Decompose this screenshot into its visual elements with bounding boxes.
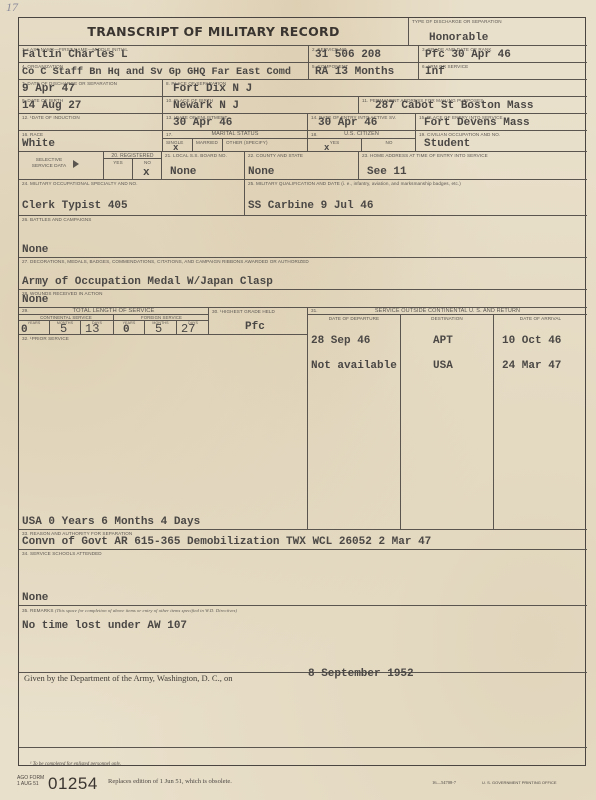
separation-reason-field: 33. REASON AND AUTHORITY FOR SEPARATION … — [19, 530, 587, 550]
ss-board-field: 21. LOCAL S.S. BOARD NO. None — [162, 152, 245, 180]
arrival-column: DATE OF ARRIVAL 10 Oct 46 24 Mar 47 — [494, 315, 587, 530]
arrow-right-icon — [73, 160, 79, 168]
citizen-yes-box: YES x — [308, 139, 362, 152]
printer-name: U. S. GOVERNMENT PRINTING OFFICE — [482, 780, 557, 785]
service-no-field: 2. SERVICE NO. 31 506 208 — [309, 46, 419, 63]
form-label: AGO FORM 1 AUG 51 — [17, 776, 44, 787]
form-number: 01254 — [48, 774, 98, 794]
entry-place-field: 15. PLACE OF ENTRY INTO SERVICE Fort Dev… — [416, 114, 587, 131]
registered-yes-box: YES — [104, 159, 133, 180]
arm-service-field: 6. ARM OR SERVICE Inf — [419, 63, 587, 80]
corner-handwritten-mark: 17 — [6, 0, 18, 15]
component-value: RA 13 Months — [315, 66, 394, 78]
civilian-occupation-field: 19. CIVILIAN OCCUPATION AND NO. Student — [416, 131, 587, 152]
home-address-value: See 11 — [367, 166, 407, 178]
foreign-months: MONTHS 5 — [145, 321, 177, 335]
entry-active-value: 30 Apr 46 — [318, 117, 377, 129]
selective-service-label-cell: SELECTIVE SERVICE DATA — [19, 152, 104, 180]
destination-column: DESTINATION APT USA — [401, 315, 494, 530]
foreign-days: DAYS 27 — [177, 321, 209, 335]
entry-place-value: Fort Devens Mass — [424, 117, 530, 129]
grade-value: Pfc 30 Apr 46 — [425, 49, 511, 61]
birth-date-field: 9. DATE OF BIRTH 14 Aug 27 — [19, 97, 163, 114]
separation-place-field: 8. PLACE OF SEPARATION Fort Dix N J — [163, 80, 587, 97]
permanent-address-field: 11. PERMANENT ADDRESS FOR MAILING PURPOS… — [359, 97, 587, 114]
component-field: 5. COMPONENT RA 13 Months — [309, 63, 419, 80]
print-code: 16—54708-7 — [432, 780, 456, 785]
name-field: 1. LAST NAME—FIRST NAME—MIDDLE INITIAL F… — [19, 46, 309, 63]
discharge-type-value: Honorable — [429, 32, 488, 44]
foreign-years: YEARS 0 — [114, 321, 145, 335]
military-qualification-field: 25. MILITARY QUALIFICATION AND DATE (i. … — [245, 180, 587, 216]
continental-months: MONTHS 5 — [50, 321, 81, 335]
certification-area — [19, 673, 587, 748]
military-qualification-value: SS Carbine 9 Jul 46 — [248, 200, 373, 212]
race-field: 16. RACE White — [19, 131, 163, 152]
military-record-form: TRANSCRIPT OF MILITARY RECORD TYPE OF DI… — [18, 17, 586, 766]
arm-service-value: Inf — [425, 66, 445, 78]
marital-married-box: MARRIED — [193, 139, 223, 152]
grade-field: 3. GRADE AND DATE OF RANK Pfc 30 Apr 46 — [419, 46, 587, 63]
certification-text: Given by the Department of the Army, Was… — [24, 673, 232, 683]
citizen-no-box: NO — [362, 139, 416, 152]
discharge-type-field: TYPE OF DISCHARGE OR SEPARATION Honorabl… — [409, 18, 587, 46]
footnote: ¹ To be completed for enlisted personnel… — [30, 762, 121, 767]
separation-reason-value: Convn of Govt AR 615-365 Demobilization … — [22, 536, 431, 548]
birth-place-value: Newark N J — [173, 100, 239, 112]
departure-column: DATE OF DEPARTURE 28 Sep 46 Not availabl… — [308, 315, 401, 530]
marital-status-field: 17. MARITAL STATUS SINGLE x MARRIED OTHE… — [163, 131, 308, 152]
continental-years: YEARS 0 — [19, 321, 50, 335]
service-schools-field: 34. SERVICE SCHOOLS ATTENDED None — [19, 550, 587, 606]
remarks-value: No time lost under AW 107 — [22, 620, 187, 632]
decorations-value: Army of Occupation Medal W/Japan Clasp — [22, 276, 273, 288]
highest-grade-field: 30. ¹HIGHEST GRADE HELD Pfc — [209, 308, 308, 335]
entry-active-field: 14. DATE OF ENTRY INTO ACTIVE SV. 30 Apr… — [308, 114, 416, 131]
birth-date-value: 14 Aug 27 — [22, 100, 81, 112]
organization-field: 4. ORGANIZATION Co C Staff Bn Hq and Sv … — [19, 63, 309, 80]
prior-service-field: 32. ¹PRIOR SERVICE USA 0 Years 6 Months … — [19, 335, 308, 530]
birth-place-field: 10. PLACE OF BIRTH Newark N J — [163, 97, 359, 114]
race-value: White — [22, 138, 55, 150]
wounds-field: 28. WOUNDS RECEIVED IN ACTION None — [19, 290, 587, 308]
service-schools-value: None — [22, 592, 48, 604]
separation-place-value: Fort Dix N J — [173, 83, 252, 95]
citizen-field: 18. U.S. CITIZEN YES x NO — [308, 131, 416, 152]
county-state-value: None — [248, 166, 274, 178]
county-state-field: 22. COUNTY AND STATE None — [245, 152, 359, 180]
remarks-field: 35. REMARKS (This space for completion o… — [19, 606, 587, 673]
enlistment-date-field: 13. ¹DATE OF ENLISTMENT 30 Apr 46 — [163, 114, 308, 131]
organization-value: Co C Staff Bn Hq and Sv Gp GHQ Far East … — [22, 67, 291, 78]
certification-date: 8 September 1952 — [308, 668, 414, 680]
service-no-value: 31 506 208 — [315, 49, 381, 61]
mos-value: Clerk Typist 405 — [22, 200, 128, 212]
wounds-value: None — [22, 294, 48, 306]
marital-other-box: OTHER (specify) — [223, 139, 308, 152]
total-length-service-field: 29. TOTAL LENGTH OF SERVICE CONTINENTAL … — [19, 308, 209, 335]
battles-value: None — [22, 244, 48, 256]
induction-date-field: 12. ¹DATE OF INDUCTION — [19, 114, 163, 131]
mos-field: 24. MILITARY OCCUPATIONAL SPECIALTY AND … — [19, 180, 245, 216]
name-value: Faltin Charles L — [22, 49, 128, 61]
enlistment-date-value: 30 Apr 46 — [173, 117, 232, 129]
home-address-field: 23. HOME ADDRESS AT TIME OF ENTRY INTO S… — [359, 152, 587, 180]
battles-field: 26. BATTLES AND CAMPAIGNS None — [19, 216, 587, 258]
ss-board-value: None — [170, 166, 196, 178]
highest-grade-value: Pfc — [245, 321, 265, 333]
replaces-edition-note: Replaces edition of 1 Jun 51, which is o… — [108, 778, 232, 785]
service-outside-field: 31. SERVICE OUTSIDE CONTINENTAL U. S. AN… — [308, 308, 587, 530]
document-title: TRANSCRIPT OF MILITARY RECORD — [19, 18, 409, 46]
registered-field: 20. REGISTERED YES NO x — [104, 152, 162, 180]
continental-days: DAYS 13 — [81, 321, 114, 335]
prior-service-value: USA 0 Years 6 Months 4 Days — [22, 516, 200, 528]
decorations-field: 27. DECORATIONS, MEDALS, BADGES, COMMEND… — [19, 258, 587, 290]
marital-single-box: SINGLE x — [163, 139, 193, 152]
civilian-occupation-value: Student — [424, 138, 470, 150]
discharge-date-value: 9 Apr 47 — [22, 83, 75, 95]
discharge-date-field: 7. DATE OF DISCHARGE OR SEPARATION 9 Apr… — [19, 80, 163, 97]
permanent-address-value: 287 Cabot St Boston Mass — [375, 100, 533, 112]
registered-no-box: NO x — [133, 159, 162, 180]
